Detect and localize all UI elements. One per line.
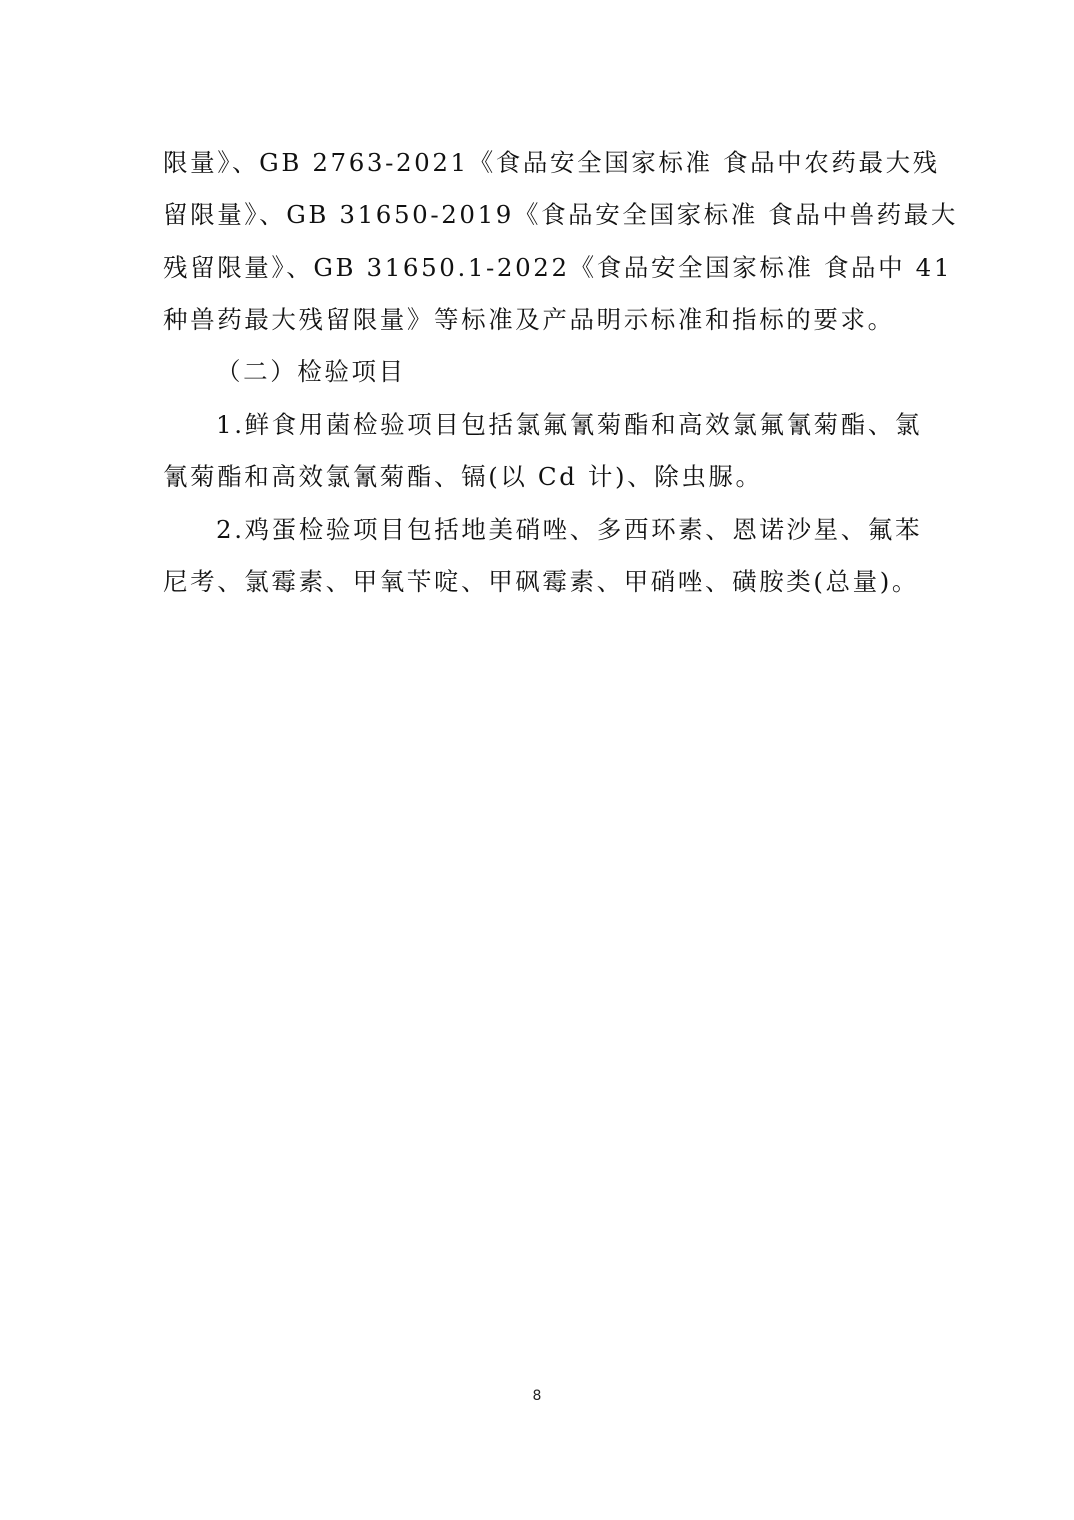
paragraph-standards-line-4: 种兽药最大残留限量》等标准及产品明示标准和指标的要求。 — [163, 305, 913, 335]
section-heading-inspection-items: （二）检验项目 — [216, 357, 913, 387]
item-2-eggs-line-1: 2.鸡蛋检验项目包括地美硝唑、多西环素、恩诺沙星、氟苯 — [216, 515, 913, 545]
item-2-eggs-line-2: 尼考、氯霉素、甲氧苄啶、甲砜霉素、甲硝唑、磺胺类(总量)。 — [163, 567, 913, 597]
item-1-mushrooms-line-1: 1.鲜食用菌检验项目包括氯氟氰菊酯和高效氯氟氰菊酯、氯 — [216, 410, 913, 440]
paragraph-standards-line-3: 残留限量》、GB 31650.1-2022《食品安全国家标准 食品中 41 — [163, 253, 913, 283]
paragraph-standards-line-1: 限量》、GB 2763-2021《食品安全国家标准 食品中农药最大残 — [163, 148, 913, 178]
paragraph-standards-line-2: 留限量》、GB 31650-2019《食品安全国家标准 食品中兽药最大 — [163, 200, 913, 230]
document-page: 限量》、GB 2763-2021《食品安全国家标准 食品中农药最大残 留限量》、… — [0, 0, 1074, 1520]
item-1-mushrooms-line-2: 氰菊酯和高效氯氰菊酯、镉(以 Cd 计)、除虫脲。 — [163, 462, 913, 492]
page-number: 8 — [0, 1388, 1074, 1404]
